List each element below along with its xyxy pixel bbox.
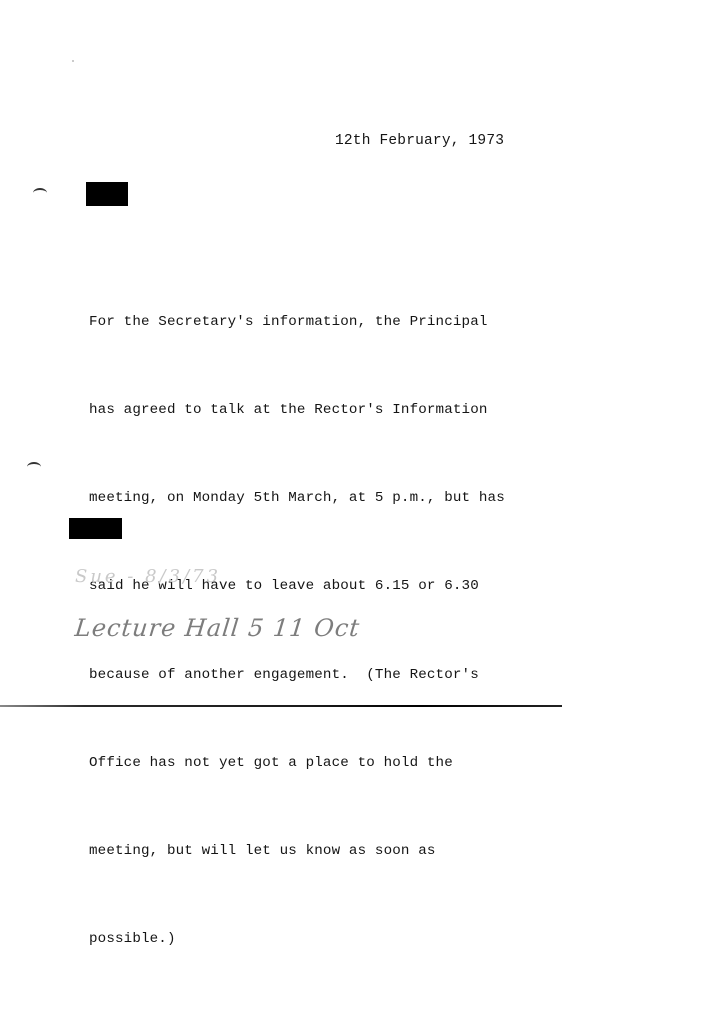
handwritten-note: Sue - 8/3/73: [75, 566, 221, 587]
letter-date: 12th February, 1973: [335, 133, 504, 149]
memo-line: meeting, but will let us know as soon as: [89, 837, 505, 866]
memo-line: because of another engagement. (The Rect…: [89, 661, 505, 690]
scan-speck: [72, 60, 74, 62]
handwritten-note: Lecture Hall 5 11 Oct: [74, 614, 362, 642]
punch-hole-mark: [27, 462, 41, 472]
memo-line: meeting, on Monday 5th March, at 5 p.m.,…: [89, 484, 505, 513]
punch-hole-mark: [33, 188, 47, 198]
memo-line: has agreed to talk at the Rector's Infor…: [89, 396, 505, 425]
redacted-addressee-block: [86, 182, 128, 206]
horizontal-rule: [0, 705, 562, 707]
document-page: 12th February, 1973 For the Secretary's …: [0, 0, 712, 1009]
memo-line: possible.): [89, 925, 505, 954]
memo-line: Office has not yet got a place to hold t…: [89, 749, 505, 778]
redacted-signature-block: [69, 518, 122, 539]
memo-line: For the Secretary's information, the Pri…: [89, 308, 505, 337]
